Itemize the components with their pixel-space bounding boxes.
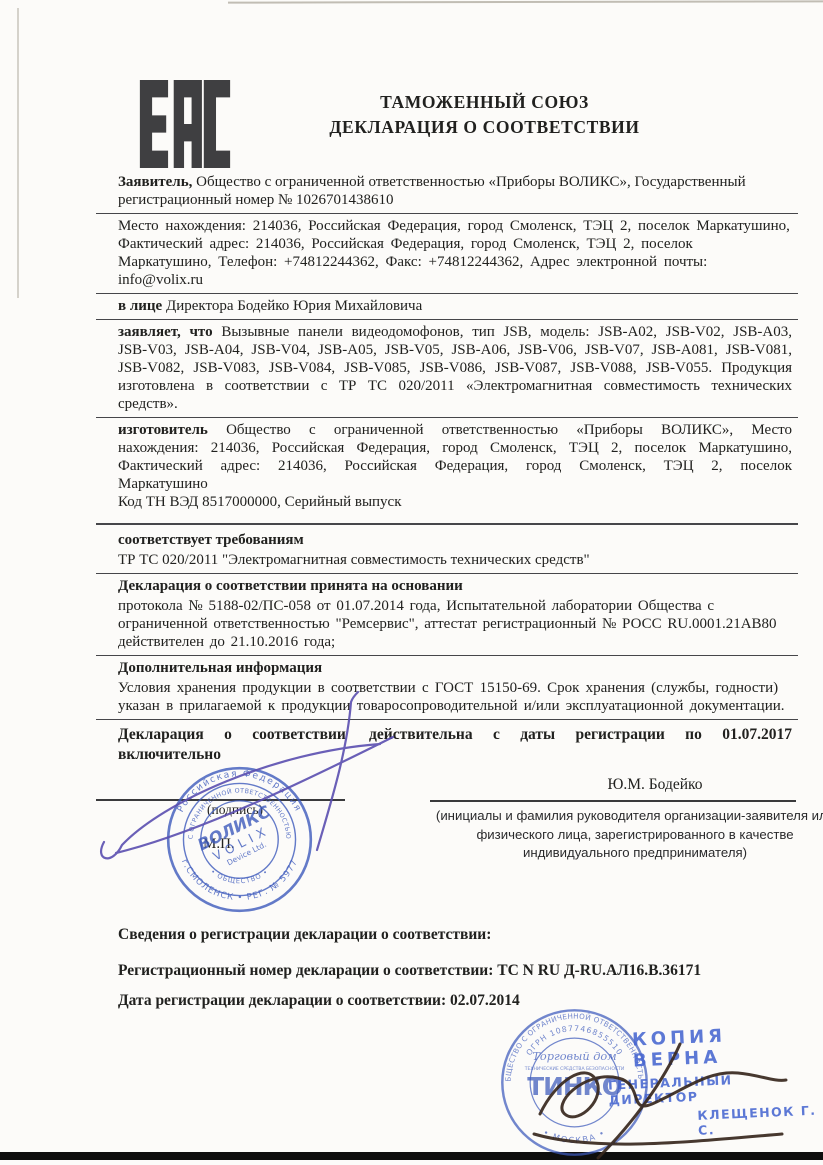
- title-line-1: ТАМОЖЕННЫЙ СОЮЗ: [262, 90, 707, 115]
- registration-date-label: Дата регистрации декларации о соответств…: [118, 992, 450, 1009]
- location-text: Место нахождения: 214036, Российская Фед…: [118, 218, 790, 288]
- additional-header: Дополнительная информация: [118, 659, 792, 679]
- basis-header: Декларация о соответствии принята на осн…: [118, 577, 792, 597]
- scan-edge-top: [228, 0, 823, 3]
- document-title: ТАМОЖЕННЫЙ СОЮЗ ДЕКЛАРАЦИЯ О СООТВЕТСТВИ…: [262, 90, 707, 140]
- declaration-body: Заявитель, Общество с ограниченной ответ…: [96, 170, 798, 768]
- row-requirements: соответствует требованиям ТР ТС 020/2011…: [96, 525, 798, 574]
- in-person-label: в лице: [118, 298, 162, 314]
- declaration-document: EAC ТАМОЖЕННЫЙ СОЮЗ ДЕКЛАРАЦИЯ О СООТВЕТ…: [0, 0, 823, 1165]
- in-person-text: Директора Бодейко Юрия Михайловича: [166, 298, 422, 314]
- registration-header: Сведения о регистрации декларации о соот…: [118, 926, 491, 944]
- signatory-name: Ю.М. Бодейко: [480, 776, 823, 794]
- manufacturer-label: изготовитель: [118, 422, 208, 438]
- registration-number-label: Регистрационный номер декларации о соотв…: [118, 962, 497, 979]
- row-declares: заявляет, что Вызывные панели видеодомоф…: [96, 320, 798, 418]
- requirements-header: соответствует требованиям: [118, 531, 792, 551]
- declares-text: Вызывные панели видеодомофонов, тип JSB,…: [118, 324, 792, 412]
- row-manufacturer: изготовитель Общество с ограниченной отв…: [96, 418, 798, 525]
- registration-number-line: Регистрационный номер декларации о соотв…: [118, 962, 701, 980]
- registration-number-value: ТС N RU Д-RU.АЛ16.В.36171: [497, 962, 701, 979]
- requirements-text: ТР ТС 020/2011 "Электромагнитная совмест…: [118, 551, 792, 569]
- signature-line-right: [430, 800, 796, 802]
- signature-caption-right: (инициалы и фамилия руководителя организ…: [435, 807, 823, 863]
- declares-label: заявляет, что: [118, 324, 213, 340]
- registration-date-line: Дата регистрации декларации о соответств…: [118, 992, 520, 1010]
- handwritten-signature-director: [88, 690, 418, 915]
- manufacturer-text: Общество с ограниченной ответственностью…: [118, 422, 792, 492]
- row-basis: Декларация о соответствии принята на осн…: [96, 574, 798, 656]
- row-location: Место нахождения: 214036, Российская Фед…: [96, 214, 798, 294]
- row-applicant: Заявитель, Общество с ограниченной ответ…: [96, 170, 798, 214]
- row-in-person: в лице Директора Бодейко Юрия Михайлович…: [96, 294, 798, 320]
- manufacturer-paragraph: изготовитель Общество с ограниченной отв…: [118, 421, 792, 493]
- applicant-label: Заявитель,: [118, 174, 192, 190]
- title-line-2: ДЕКЛАРАЦИЯ О СООТВЕТСТВИИ: [262, 115, 707, 140]
- basis-text: протокола № 5188-02/ПС-058 от 01.07.2014…: [118, 597, 792, 651]
- applicant-text: Общество с ограниченной ответственностью…: [118, 174, 746, 208]
- tnved-code-line: Код ТН ВЭД 8517000000, Серийный выпуск: [118, 493, 792, 511]
- eac-logo-icon: EAC: [138, 80, 232, 168]
- scan-edge-left: [17, 8, 19, 298]
- handwritten-signature-general-director: [512, 1036, 812, 1162]
